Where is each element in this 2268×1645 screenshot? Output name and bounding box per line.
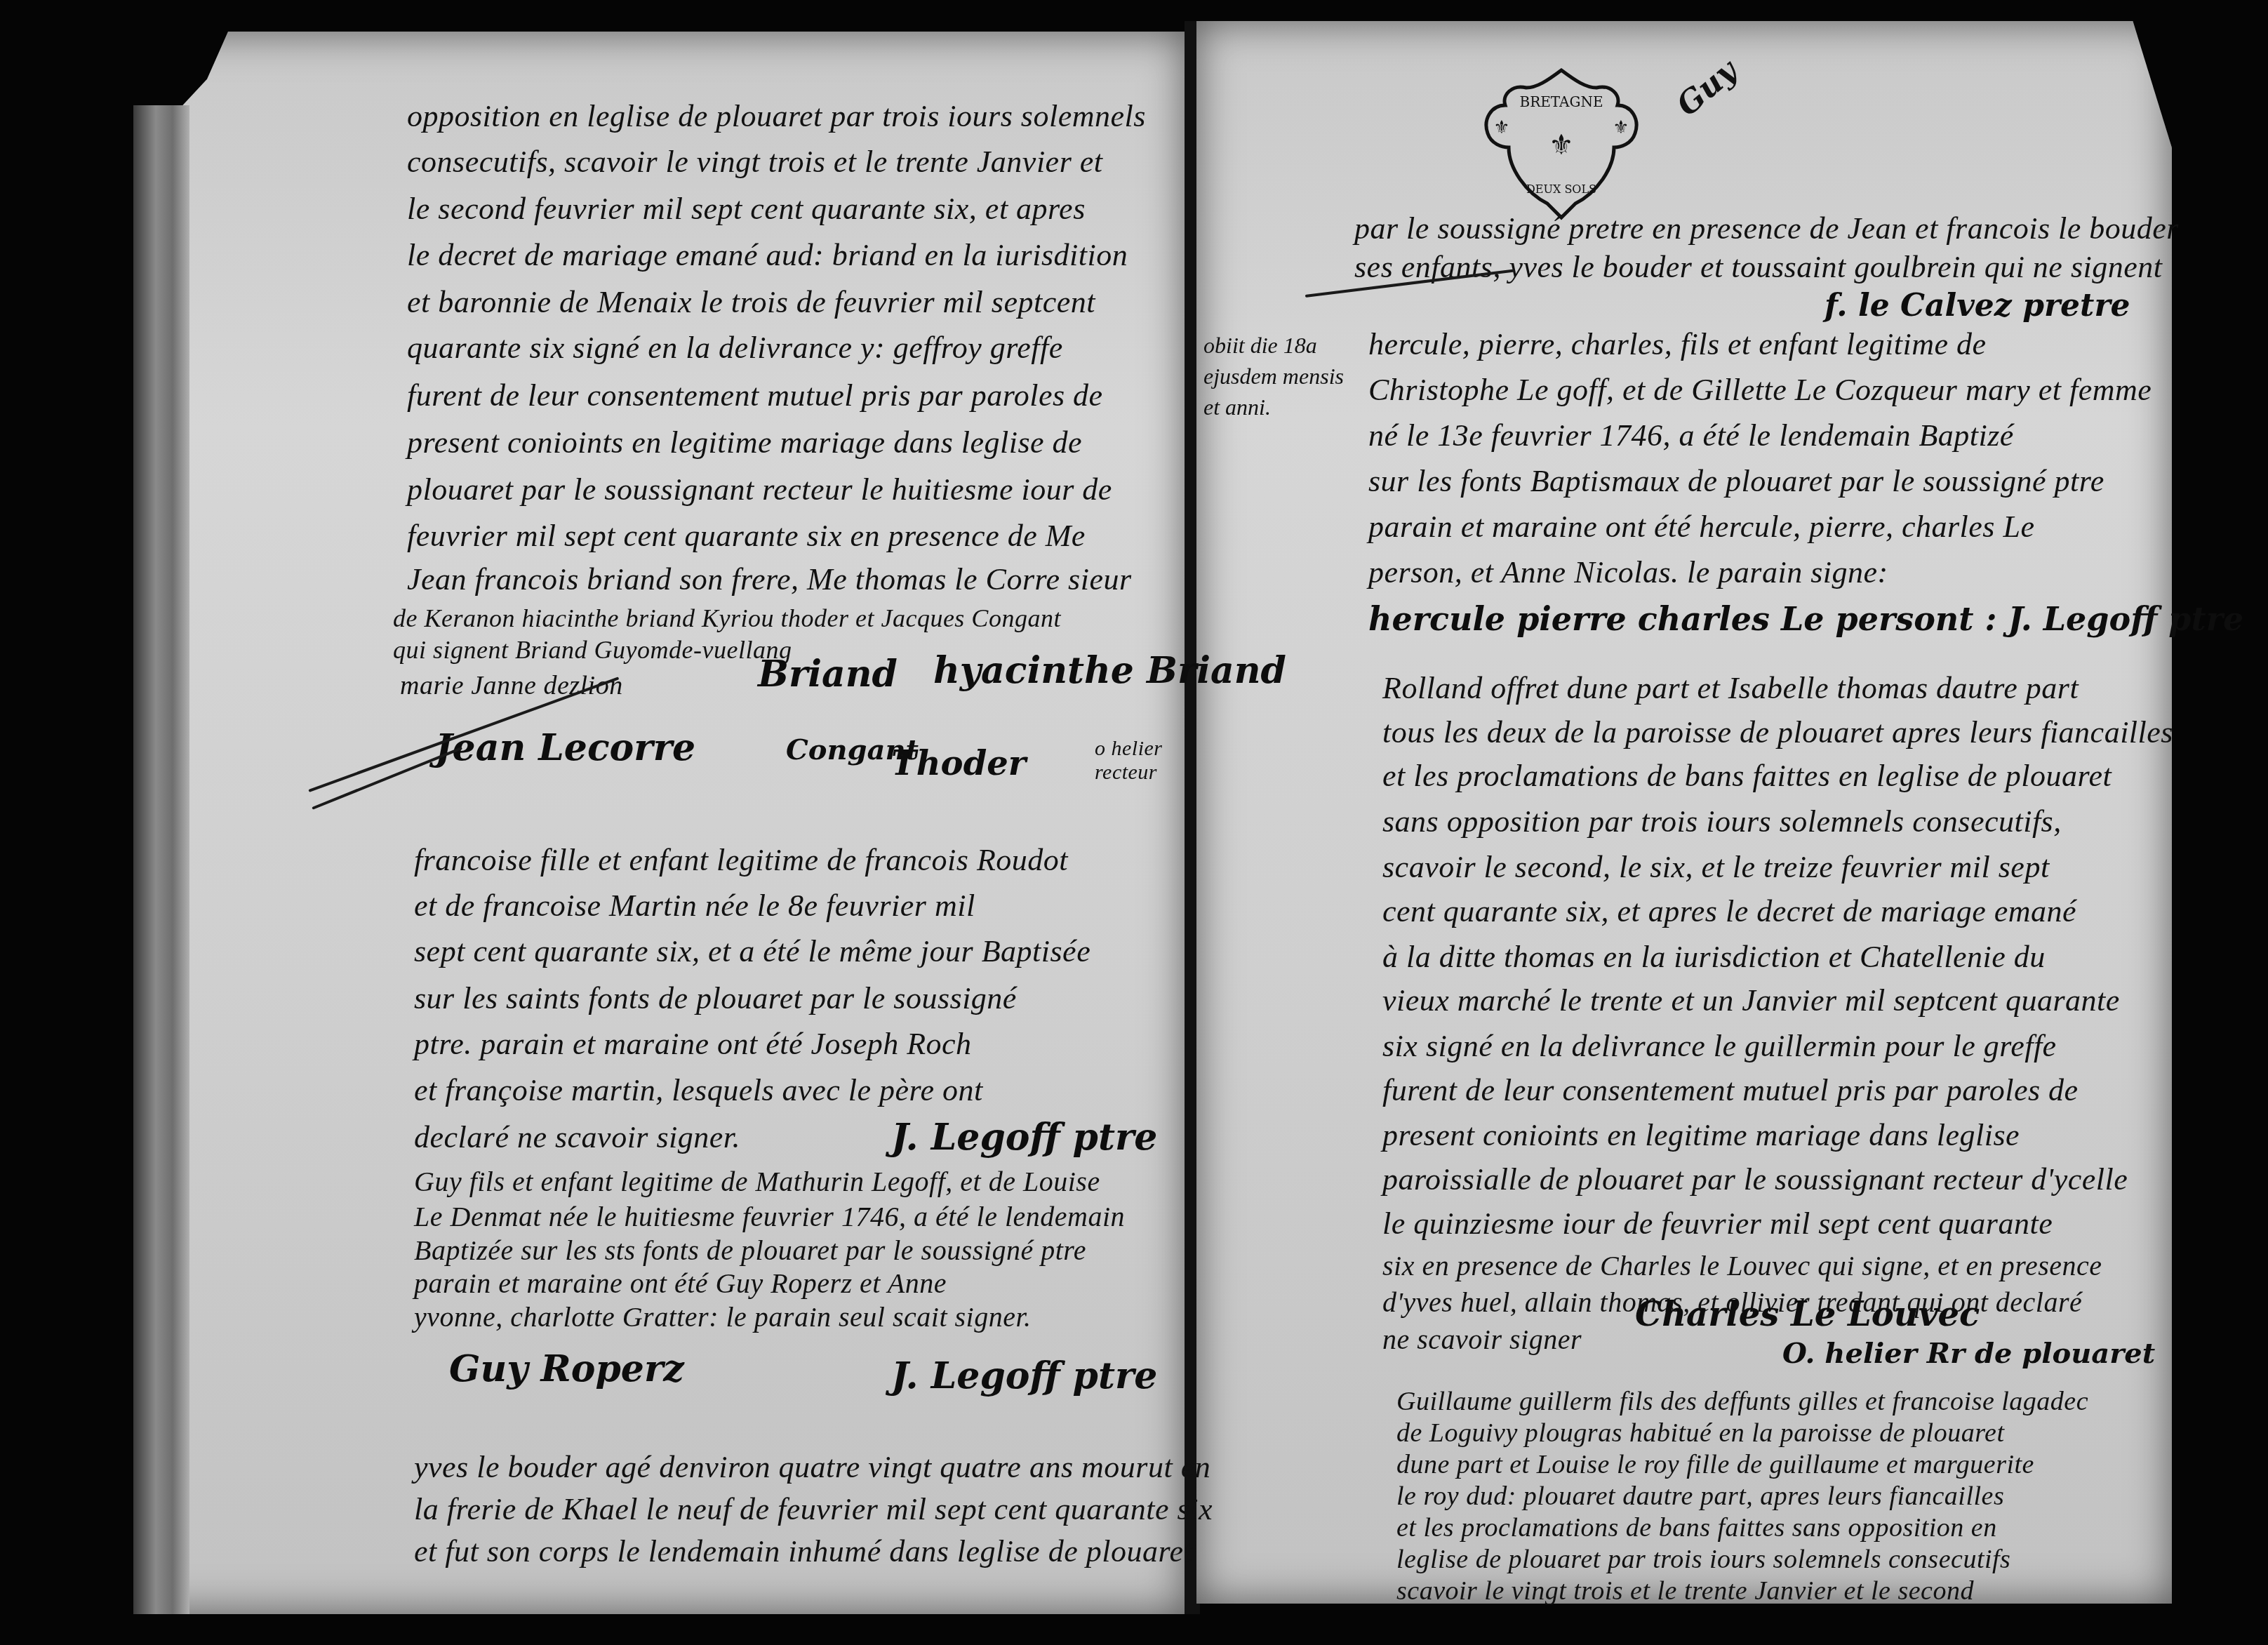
text-line: furent de leur consentement mutuel pris … [407, 378, 1103, 413]
text-line: francoise fille et enfant legitime de fr… [414, 842, 1068, 878]
text-line: et de francoise Martin née le 8e feuvrie… [414, 888, 975, 924]
text-line: ses enfants, yves le bouder et toussaint… [1354, 249, 2163, 285]
text-line: né le 13e feuvrier 1746, a été le lendem… [1368, 418, 2014, 453]
text-line: cent quarante six, et apres le decret de… [1382, 893, 2076, 929]
svg-text:⚜: ⚜ [1613, 117, 1629, 138]
text-line: yvonne, charlotte Gratter: le parain seu… [414, 1300, 1032, 1333]
text-line: et françoise martin, lesquels avec le pè… [414, 1072, 983, 1108]
text-line: Rolland offret dune part et Isabelle tho… [1382, 670, 2079, 706]
text-line: parain et maraine ont été Guy Roperz et … [414, 1267, 947, 1300]
text-line: Guy fils et enfant legitime de Mathurin … [414, 1165, 1100, 1198]
text-line: le roy dud: plouaret dautre part, apres … [1396, 1481, 2004, 1512]
text-line: et les proclamations de bans faittes san… [1396, 1512, 1997, 1543]
text-line: sept cent quarante six, et a été le même… [414, 933, 1090, 969]
signature: Charles Le Louvec [1635, 1295, 1980, 1334]
text-line: ne scavoir signer [1382, 1323, 1582, 1356]
text-line: le second feuvrier mil sept cent quarant… [407, 191, 1086, 227]
left-binding-edge [133, 105, 189, 1614]
text-line: hercule, pierre, charles, fils et enfant… [1368, 326, 1987, 362]
signature: f. le Calvez pretre [1825, 288, 2130, 324]
text-line: present conioints en legitime mariage da… [1382, 1117, 2020, 1153]
text-line: six signé en la delivrance le guillermin… [1382, 1028, 2057, 1064]
text-line: marie Janne dezlion [400, 670, 623, 701]
text-line: et baronnie de Menaix le trois de feuvri… [407, 284, 1095, 320]
signature: Jean Lecorre [435, 726, 695, 769]
text-line: Jean francois briand son frere, Me thoma… [407, 561, 1132, 597]
text-line: de Loguivy plougras habitué en la parois… [1396, 1418, 2004, 1448]
text-line: le decret de mariage emané aud: briand e… [407, 237, 1128, 273]
text-line: de Keranon hiacinthe briand Kyriou thode… [393, 604, 1061, 633]
text-line: la frerie de Khael le neuf de feuvrier m… [414, 1491, 1213, 1527]
text-line: leglise de plouaret par trois iours sole… [1396, 1544, 2010, 1575]
signature: J. Legoff ptre [891, 1354, 1157, 1397]
text-line: quarante six signé en la delivrance y: g… [407, 330, 1063, 366]
text-line: paroissialle de plouaret par le soussign… [1382, 1161, 2128, 1197]
signature: hercule pierre charles Le persont : J. L… [1368, 600, 2243, 638]
margin-note-line: ejusdem mensis [1203, 361, 1344, 392]
text-line: par le soussigné pretre en presence de J… [1354, 211, 2179, 246]
text-line: sans opposition par trois iours solemnel… [1382, 804, 2062, 839]
text-line: declaré ne scavoir signer. [414, 1119, 740, 1155]
text-line: Le Denmat née le huitiesme feuvrier 1746… [414, 1200, 1125, 1233]
margin-note: obiit die 18a ejusdem mensis et anni. [1203, 330, 1344, 422]
text-line: scavoir le vingt trois et le trente Janv… [1396, 1576, 1974, 1606]
margin-note-line: obiit die 18a [1203, 330, 1344, 361]
text-line: sur les saints fonts de plouaret par le … [414, 980, 1017, 1016]
signature: O. helier Rr de plouaret [1782, 1337, 2155, 1370]
text-line: Guillaume guillerm fils des deffunts gil… [1396, 1386, 2088, 1417]
text-line: person, et Anne Nicolas. le parain signe… [1368, 554, 1888, 590]
text-line: et fut son corps le lendemain inhumé dan… [414, 1533, 1192, 1569]
signature: Guy Roperz [449, 1347, 684, 1390]
svg-text:⚜: ⚜ [1549, 129, 1574, 161]
svg-text:BRETAGNE: BRETAGNE [1519, 93, 1603, 110]
text-line: tous les deux de la paroisse de plouaret… [1382, 714, 2173, 750]
text-line: parain et maraine ont été hercule, pierr… [1368, 509, 2035, 545]
text-line: yves le bouder agé denviron quatre vingt… [414, 1449, 1210, 1485]
register-spread: opposition en leglise de plouaret par tr… [0, 0, 2268, 1645]
signature: o helier recteur [1095, 737, 1179, 785]
text-line: ptre. parain et maraine ont été Joseph R… [414, 1026, 972, 1062]
signature: Thoder [891, 744, 1026, 783]
text-line: le quinziesme iour de feuvrier mil sept … [1382, 1206, 2053, 1241]
text-line: qui signent Briand Guyomde-vuellang [393, 635, 792, 665]
margin-note-line: et anni. [1203, 392, 1344, 422]
text-line: six en presence de Charles le Louvec qui… [1382, 1249, 2102, 1282]
bretagne-tax-stamp: BRETAGNE DEUX SOLS ⚜ ⚜ ⚜ [1470, 63, 1653, 225]
text-line: scavoir le second, le six, et le treize … [1382, 849, 2050, 885]
text-line: dune part et Louise le roy fille de guil… [1396, 1449, 2034, 1480]
text-line: furent de leur consentement mutuel pris … [1382, 1072, 2079, 1108]
text-line: et les proclamations de bans faittes en … [1382, 758, 2112, 794]
text-line: sur les fonts Baptismaux de plouaret par… [1368, 463, 2104, 499]
svg-text:DEUX SOLS: DEUX SOLS [1526, 182, 1596, 196]
signature: J. Legoff ptre [891, 1116, 1157, 1159]
text-line: à la ditte thomas en la iurisdiction et … [1382, 939, 2046, 975]
signature: hyacinthe Briand [933, 649, 1286, 692]
text-line: feuvrier mil sept cent quarante six en p… [407, 518, 1086, 554]
signature: Briand [758, 653, 898, 695]
text-line: opposition en leglise de plouaret par tr… [407, 98, 1146, 134]
text-line: Christophe Le goff, et de Gillette Le Co… [1368, 372, 2152, 408]
text-line: Baptizée sur les sts fonts de plouaret p… [414, 1234, 1086, 1267]
text-line: plouaret par le soussignant recteur le h… [407, 472, 1112, 507]
text-line: consecutifs, scavoir le vingt trois et l… [407, 144, 1103, 180]
text-line: present conioints en legitime mariage da… [407, 425, 1082, 460]
text-line: vieux marché le trente et un Janvier mil… [1382, 983, 2120, 1018]
svg-text:⚜: ⚜ [1493, 117, 1509, 138]
